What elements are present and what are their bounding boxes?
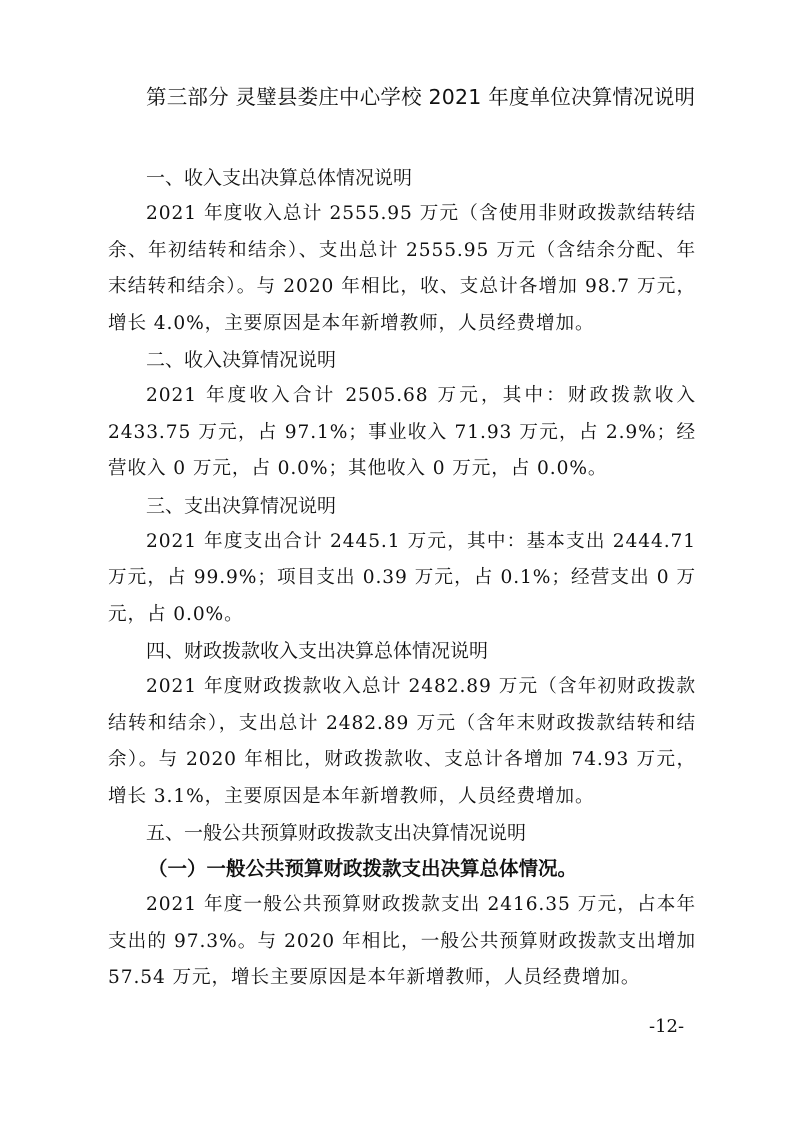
section-4: 四、财政拨款收入支出决算总体情况说明 2021 年度财政拨款收入总计 2482.… xyxy=(108,633,696,815)
document-body: 一、收入支出决算总体情况说明 2021 年度收入总计 2555.95 万元（含使… xyxy=(108,160,696,997)
section-heading: 四、财政拨款收入支出决算总体情况说明 xyxy=(108,633,696,669)
section-paragraph: 2021 年度一般公共预算财政拨款支出 2416.35 万元，占本年支出的 97… xyxy=(108,887,696,997)
section-heading: 三、支出决算情况说明 xyxy=(108,488,696,524)
section-subheading: （一）一般公共预算财政拨款支出决算总体情况。 xyxy=(108,851,696,887)
section-heading: 一、收入支出决算总体情况说明 xyxy=(108,160,696,196)
section-paragraph: 2021 年度收入合计 2505.68 万元，其中：财政拨款收入 2433.75… xyxy=(108,378,696,488)
section-5: 五、一般公共预算财政拨款支出决算情况说明 （一）一般公共预算财政拨款支出决算总体… xyxy=(108,815,696,997)
section-3: 三、支出决算情况说明 2021 年度支出合计 2445.1 万元，其中：基本支出… xyxy=(108,488,696,634)
section-paragraph: 2021 年度支出合计 2445.1 万元，其中：基本支出 2444.71 万元… xyxy=(108,524,696,634)
section-paragraph: 2021 年度财政拨款收入总计 2482.89 万元（含年初财政拨款结转和结余）… xyxy=(108,669,696,815)
section-paragraph: 2021 年度收入总计 2555.95 万元（含使用非财政拨款结转结余、年初结转… xyxy=(108,196,696,342)
section-heading: 二、收入决算情况说明 xyxy=(108,342,696,378)
section-heading: 五、一般公共预算财政拨款支出决算情况说明 xyxy=(108,815,696,851)
section-1: 一、收入支出决算总体情况说明 2021 年度收入总计 2555.95 万元（含使… xyxy=(108,160,696,342)
page-number: -12- xyxy=(649,1016,684,1037)
section-2: 二、收入决算情况说明 2021 年度收入合计 2505.68 万元，其中：财政拨… xyxy=(108,342,696,488)
document-page: 第三部分 灵璧县娄庄中心学校 2021 年度单位决算情况说明 一、收入支出决算总… xyxy=(0,0,793,1122)
page-title: 第三部分 灵璧县娄庄中心学校 2021 年度单位决算情况说明 xyxy=(146,82,706,112)
